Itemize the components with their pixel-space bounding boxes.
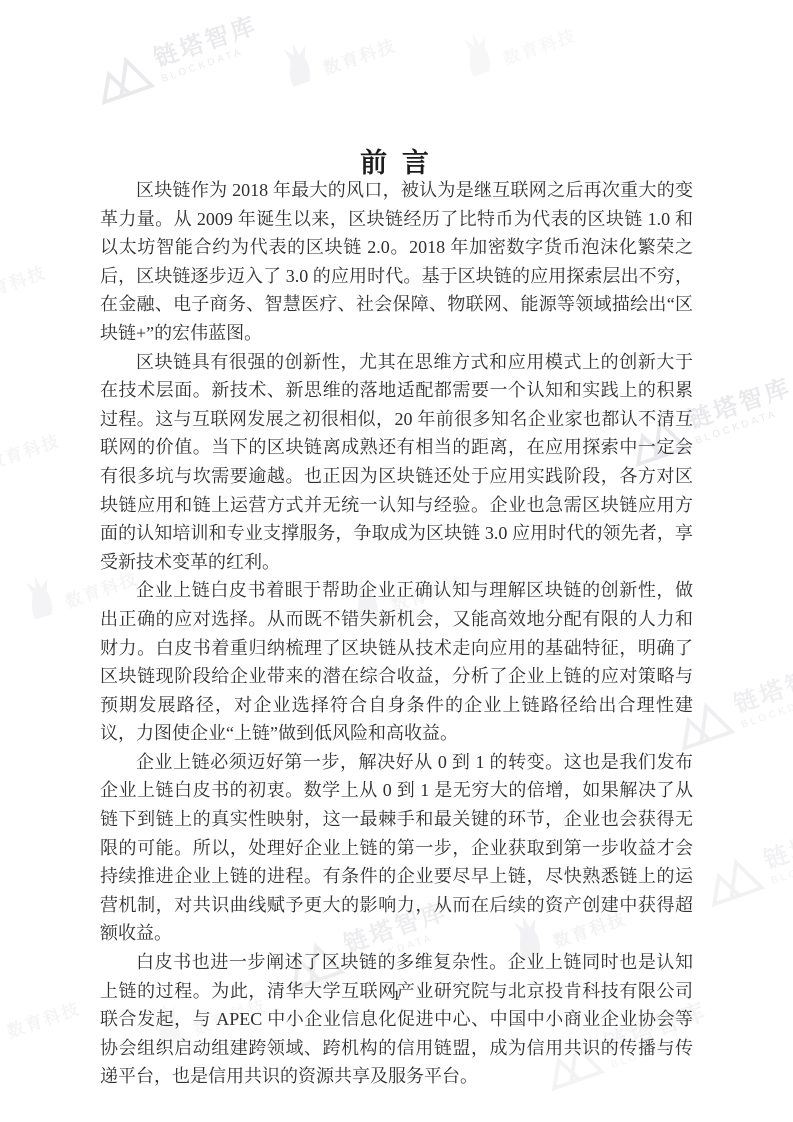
paragraph: 企业上链白皮书着眼于帮助企业正确认知与理解区块链的创新性，做出正确的应对选择。从… (100, 576, 693, 748)
watermark-brand-name: 链塔智库 (151, 14, 261, 72)
watermark-tech: 数育科技 (0, 236, 49, 318)
watermark-tech-name: 数育科技 (321, 37, 398, 78)
watermark-tech-name: 数育科技 (0, 432, 63, 473)
watermark-tech: 数育科技 (453, 0, 579, 81)
hand-logo-icon (273, 36, 320, 91)
watermark-tech-name: 数育科技 (501, 27, 578, 68)
paragraph: 企业上链必须迈好第一步，解决好从 0 到 1 的转变。这也是我们发布企业上链白皮… (100, 748, 693, 948)
watermark-brand-caption: BLOCKDATA (160, 40, 265, 85)
watermark-brand-caption: BLOCKDATA (694, 402, 793, 447)
blockdata-triangles-icon (699, 851, 767, 908)
blockdata-triangles-icon (89, 49, 157, 106)
watermark-tech-name: 数育科技 (5, 1000, 82, 1041)
watermark-tech: 数育科技 (273, 9, 399, 91)
paragraph: 区块链具有很强的创新性，尤其在思维方式和应用模式上的创新大于在技术层面。新技术、… (100, 348, 693, 577)
watermark-tech: 数育科技 (0, 972, 83, 1054)
watermark-brand-caption: BLOCKDATA (770, 842, 793, 887)
paragraph: 白皮书也进一步阐述了区块链的多维复杂性。企业上链同时也是认知上链的过程。为此，清… (100, 948, 693, 1091)
watermark-brand-name: 链塔智库 (731, 660, 793, 718)
hand-logo-icon (0, 999, 4, 1054)
watermark-blockdata: 链塔智库 BLOCKDATA (699, 814, 793, 908)
page-body: 区块链作为 2018 年最大的风口，被认为是继互联网之后再次重大的变革力量。从 … (100, 176, 693, 1091)
watermark-brand-name: 链塔智库 (685, 376, 793, 434)
hand-logo-icon (15, 569, 62, 624)
page-title: 前 言 (0, 141, 793, 180)
hand-logo-icon (453, 26, 500, 81)
watermark-blockdata: 链塔智库 BLOCKDATA (89, 12, 266, 106)
watermark-brand-caption: BLOCKDATA (740, 686, 793, 731)
page-number: 1 (0, 988, 793, 1005)
watermark-brand-name: 链塔智库 (761, 816, 793, 874)
paragraph: 区块链作为 2018 年最大的风口，被认为是继互联网之后再次重大的变革力量。从 … (100, 176, 693, 348)
watermark-tech: 数育科技 (0, 404, 63, 486)
watermark-tech-name: 数育科技 (0, 264, 49, 305)
